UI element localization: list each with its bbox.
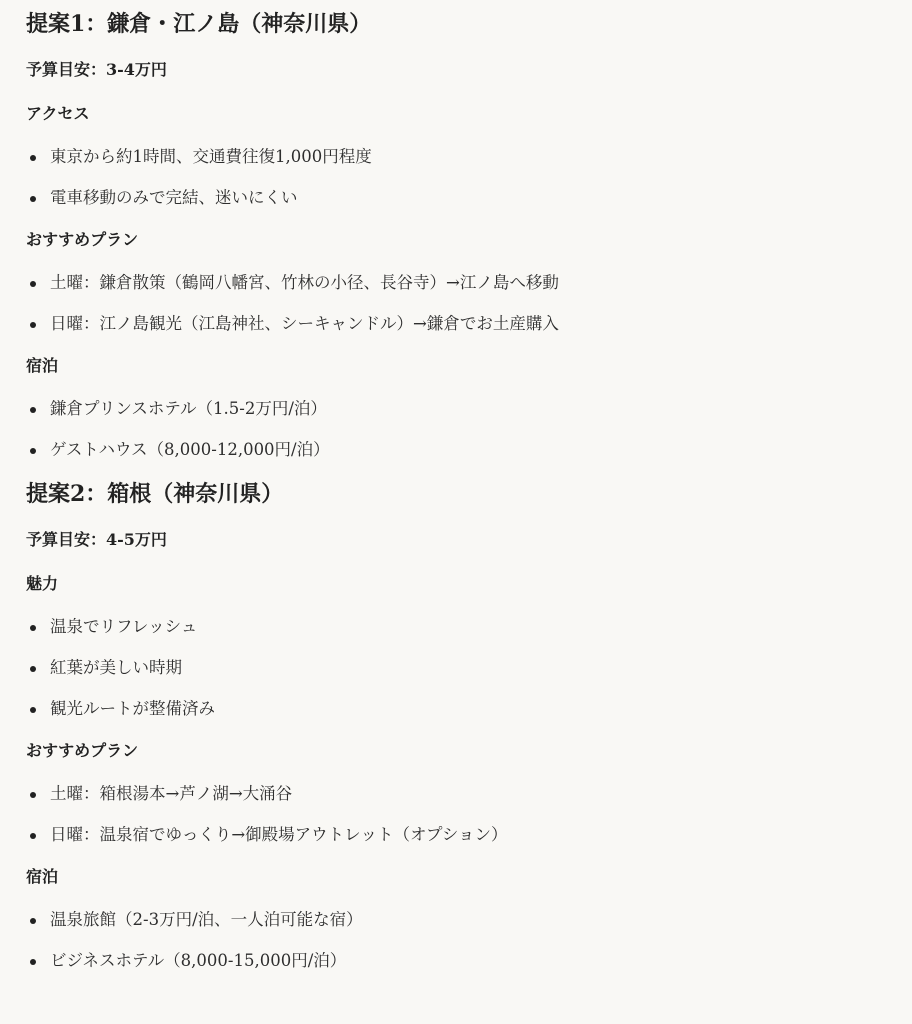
plan-list: 土曜：鎌倉散策（鶴岡八幡宮、竹林の小径、長谷寺）→江ノ島へ移動 日曜：江ノ島観光… bbox=[26, 262, 912, 344]
list-item-text: 観光ルートが整備済み bbox=[50, 699, 215, 718]
bullet-icon bbox=[30, 707, 36, 713]
list-item-text: 日曜：温泉宿でゆっくり→御殿場アウトレット（オプション） bbox=[50, 825, 508, 844]
budget-estimate: 予算目安：4-5万円 bbox=[26, 518, 912, 562]
bullet-icon bbox=[30, 792, 36, 798]
section-heading-plan: おすすめプラン bbox=[26, 218, 912, 262]
proposal-title: 提案1：鎌倉・江ノ島（神奈川県） bbox=[26, 0, 912, 48]
list-item: ゲストハウス（8,000-12,000円/泊） bbox=[26, 429, 912, 470]
access-list: 東京から約1時間、交通費往復1,000円程度 電車移動のみで完結、迷いにくい bbox=[26, 136, 912, 218]
list-item: 電車移動のみで完結、迷いにくい bbox=[26, 177, 912, 218]
list-item: 温泉旅館（2-3万円/泊、一人泊可能な宿） bbox=[26, 899, 912, 940]
bullet-icon bbox=[30, 959, 36, 965]
proposal-hakone: 提案2：箱根（神奈川県） 予算目安：4-5万円 魅力 温泉でリフレッシュ 紅葉が… bbox=[26, 470, 912, 981]
bullet-icon bbox=[30, 666, 36, 672]
bullet-icon bbox=[30, 196, 36, 202]
bullet-icon bbox=[30, 155, 36, 161]
list-item-text: 温泉旅館（2-3万円/泊、一人泊可能な宿） bbox=[50, 910, 363, 929]
list-item-text: 土曜：鎌倉散策（鶴岡八幡宮、竹林の小径、長谷寺）→江ノ島へ移動 bbox=[50, 273, 559, 292]
list-item: 観光ルートが整備済み bbox=[26, 688, 912, 729]
list-item: 温泉でリフレッシュ bbox=[26, 606, 912, 647]
proposal-title: 提案2：箱根（神奈川県） bbox=[26, 470, 912, 518]
bullet-icon bbox=[30, 833, 36, 839]
section-heading-access: アクセス bbox=[26, 92, 912, 136]
bullet-icon bbox=[30, 918, 36, 924]
list-item: ビジネスホテル（8,000-15,000円/泊） bbox=[26, 940, 912, 981]
list-item-text: 紅葉が美しい時期 bbox=[50, 658, 182, 677]
list-item: 紅葉が美しい時期 bbox=[26, 647, 912, 688]
budget-estimate: 予算目安：3-4万円 bbox=[26, 48, 912, 92]
list-item-text: 電車移動のみで完結、迷いにくい bbox=[50, 188, 298, 207]
list-item: 日曜：温泉宿でゆっくり→御殿場アウトレット（オプション） bbox=[26, 814, 912, 855]
bullet-icon bbox=[30, 322, 36, 328]
list-item-text: ビジネスホテル（8,000-15,000円/泊） bbox=[50, 951, 346, 970]
section-heading-lodging: 宿泊 bbox=[26, 855, 912, 899]
document-body: 提案1：鎌倉・江ノ島（神奈川県） 予算目安：3-4万円 アクセス 東京から約1時… bbox=[0, 0, 912, 981]
proposal-kamakura: 提案1：鎌倉・江ノ島（神奈川県） 予算目安：3-4万円 アクセス 東京から約1時… bbox=[26, 0, 912, 470]
appeal-list: 温泉でリフレッシュ 紅葉が美しい時期 観光ルートが整備済み bbox=[26, 606, 912, 729]
list-item-text: 日曜：江ノ島観光（江島神社、シーキャンドル）→鎌倉でお土産購入 bbox=[50, 314, 559, 333]
list-item: 土曜：箱根湯本→芦ノ湖→大涌谷 bbox=[26, 773, 912, 814]
plan-list: 土曜：箱根湯本→芦ノ湖→大涌谷 日曜：温泉宿でゆっくり→御殿場アウトレット（オプ… bbox=[26, 773, 912, 855]
section-heading-plan: おすすめプラン bbox=[26, 729, 912, 773]
list-item-text: ゲストハウス（8,000-12,000円/泊） bbox=[50, 440, 330, 459]
list-item: 東京から約1時間、交通費往復1,000円程度 bbox=[26, 136, 912, 177]
bullet-icon bbox=[30, 407, 36, 413]
list-item-text: 土曜：箱根湯本→芦ノ湖→大涌谷 bbox=[50, 784, 292, 803]
list-item: 鎌倉プリンスホテル（1.5-2万円/泊） bbox=[26, 388, 912, 429]
list-item: 日曜：江ノ島観光（江島神社、シーキャンドル）→鎌倉でお土産購入 bbox=[26, 303, 912, 344]
lodging-list: 鎌倉プリンスホテル（1.5-2万円/泊） ゲストハウス（8,000-12,000… bbox=[26, 388, 912, 470]
bullet-icon bbox=[30, 448, 36, 454]
lodging-list: 温泉旅館（2-3万円/泊、一人泊可能な宿） ビジネスホテル（8,000-15,0… bbox=[26, 899, 912, 981]
bullet-icon bbox=[30, 625, 36, 631]
bullet-icon bbox=[30, 281, 36, 287]
section-heading-lodging: 宿泊 bbox=[26, 344, 912, 388]
list-item-text: 温泉でリフレッシュ bbox=[50, 617, 197, 636]
list-item: 土曜：鎌倉散策（鶴岡八幡宮、竹林の小径、長谷寺）→江ノ島へ移動 bbox=[26, 262, 912, 303]
list-item-text: 東京から約1時間、交通費往復1,000円程度 bbox=[50, 147, 372, 166]
list-item-text: 鎌倉プリンスホテル（1.5-2万円/泊） bbox=[50, 399, 327, 418]
section-heading-appeal: 魅力 bbox=[26, 562, 912, 606]
